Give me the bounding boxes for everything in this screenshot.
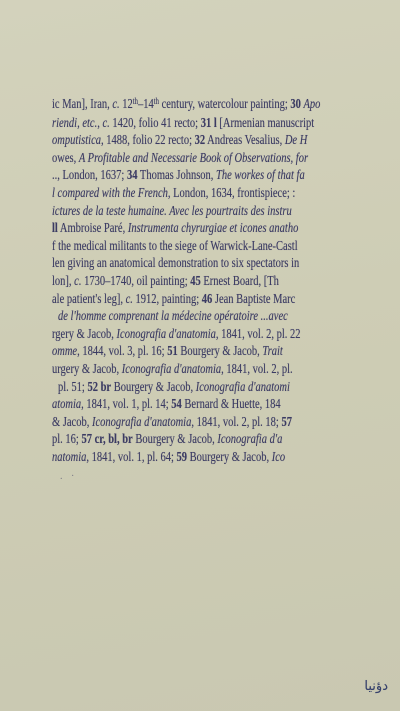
text-segment: Ico [272, 450, 285, 465]
text-segment: l compared with the French [52, 186, 168, 201]
text-segment: 59 [177, 450, 188, 465]
text-segment: The workes of that fa [216, 168, 305, 183]
text-segment: 12 [120, 97, 133, 112]
credits-text-clip: ic Man], Iran, c. 12th–14th century, wat… [52, 96, 354, 488]
text-segment: Bourgery & Jacob, [178, 344, 263, 359]
text-segment: Iconografia d'anatomi [196, 380, 290, 395]
text-segment: 31 l [201, 116, 217, 131]
text-segment: de l'homme comprenant la médecine opérat… [58, 309, 288, 324]
text-line-20: pl. 16; 57 cr, bl, br Bourgery & Jacob, … [52, 431, 354, 449]
text-segment: len giving an anatomical demonstration t… [52, 256, 299, 271]
text-segment: f the medical militants to the siege of … [52, 239, 298, 254]
text-segment: , 1488, folio 22 recto; [101, 133, 195, 148]
text-segment: Thomas Johnson, [137, 168, 216, 183]
text-segment: , London, 1634, frontispiece; : [168, 186, 295, 201]
text-segment: rgery & Jacob, [52, 327, 117, 342]
text-segment: Bernard & Huette, 184 [182, 397, 281, 412]
text-segment: , 1841, vol. 1, pl. 64; [86, 450, 176, 465]
text-segment: & Jacob, [52, 415, 92, 430]
text-segment: 57 [281, 415, 292, 430]
text-segment: th [154, 96, 159, 106]
text-segment: lon], [52, 274, 74, 289]
text-segment: th [133, 96, 138, 106]
text-segment: natomia [52, 450, 86, 465]
text-segment: Ambroise Paré, [58, 221, 128, 236]
text-line-17: pl. 51; 52 br Bourgery & Jacob, Iconogra… [52, 379, 354, 397]
text-segment: century, watercolour painting; [159, 97, 290, 112]
text-segment: ictures de la teste humaine. Avec les po… [52, 204, 292, 219]
text-line-11: lon], c. 1730–1740, oil painting; 45 Ern… [52, 273, 354, 291]
text-segment: , 1844, vol. 3, pl. 16; [77, 344, 167, 359]
text-segment: 52 br [87, 380, 111, 395]
text-segment: , 1841, vol. 2, pl. 18; [191, 415, 281, 430]
text-segment: [Armenian manuscript [217, 116, 314, 131]
text-line-3: omputistica, 1488, folio 22 recto; 32 An… [52, 132, 354, 150]
text-segment: riendi, etc. [52, 116, 97, 131]
text-segment: pl. 51; [58, 380, 87, 395]
text-segment: omputistica [52, 133, 101, 148]
credits-text: ic Man], Iran, c. 12th–14th century, wat… [52, 96, 354, 466]
text-segment: urgery & Jacob, [52, 362, 122, 377]
cropped-text-artifact: . · [60, 471, 77, 482]
text-segment: Iconografia d'a [217, 432, 282, 447]
text-segment: A Profitable and Necessarie Book of Obse… [79, 151, 308, 166]
text-segment: Ernest Board, [Th [201, 274, 279, 289]
text-line-1: ic Man], Iran, c. 12th–14th century, wat… [52, 96, 354, 115]
text-line-18: atomia, 1841, vol. 1, pl. 14; 54 Bernard… [52, 396, 354, 414]
text-segment: 32 [195, 133, 206, 148]
text-segment: Iconografia d'anatomia [92, 415, 191, 430]
text-segment: owes, [52, 151, 79, 166]
text-line-13: de l'homme comprenant la médecine opérat… [52, 308, 354, 326]
text-segment: Jean Baptiste Marc [212, 292, 295, 307]
text-segment: c. [126, 292, 133, 307]
text-segment: 34 [127, 168, 138, 183]
text-segment: 51 [167, 344, 178, 359]
text-segment: 54 [171, 397, 182, 412]
text-segment: omme [52, 344, 77, 359]
text-line-6: l compared with the French, London, 1634… [52, 185, 354, 203]
text-line-2: riendi, etc., c. 1420, folio 41 recto; 3… [52, 115, 354, 133]
text-segment: c. [102, 116, 109, 131]
text-segment: 1420, folio 41 recto; [110, 116, 201, 131]
text-segment: 1912, painting; [133, 292, 202, 307]
text-segment: Bourgery & Jacob, [133, 432, 218, 447]
text-segment: 46 [202, 292, 213, 307]
text-line-8: ll Ambroise Paré, Instrumenta chyrurgiae… [52, 220, 354, 238]
text-line-10: len giving an anatomical demonstration t… [52, 255, 354, 273]
text-segment: Apo [303, 97, 320, 112]
text-segment: ic Man], Iran, [52, 97, 112, 112]
book-page-photo: ic Man], Iran, c. 12th–14th century, wat… [0, 0, 400, 711]
text-segment: ale patient's leg], [52, 292, 126, 307]
text-line-14: rgery & Jacob, Iconografia d'anatomia, 1… [52, 326, 354, 344]
text-line-5: .., London, 1637; 34 Thomas Johnson, The… [52, 167, 354, 185]
text-segment: Iconografia d'anatomia [117, 327, 216, 342]
text-segment: Trait [262, 344, 282, 359]
text-line-19: & Jacob, Iconografia d'anatomia, 1841, v… [52, 414, 354, 432]
text-segment: –14 [138, 97, 154, 112]
text-segment: atomia [52, 397, 81, 412]
text-segment: Instrumenta chyrurgiae et icones anatho [128, 221, 299, 236]
text-segment: , 1841, vol. 2, pl. 22 [216, 327, 301, 342]
text-segment: Andreas Vesalius, [205, 133, 285, 148]
text-line-12: ale patient's leg], c. 1912, painting; 4… [52, 291, 354, 309]
text-line-16: urgery & Jacob, Iconografia d'anatomia, … [52, 361, 354, 379]
text-segment: , 1841, vol. 1, pl. 14; [81, 397, 171, 412]
text-segment: 45 [190, 274, 201, 289]
text-line-15: omme, 1844, vol. 3, pl. 16; 51 Bourgery … [52, 343, 354, 361]
text-line-4: owes, A Profitable and Necessarie Book o… [52, 150, 354, 168]
text-segment: 57 cr, bl, br [81, 432, 132, 447]
text-line-9: f the medical militants to the siege of … [52, 238, 354, 256]
footer-arabic-label: دؤنيا [364, 679, 388, 694]
text-segment: .., London, 1637; [52, 168, 127, 183]
text-segment: Iconografia d'anatomia [122, 362, 221, 377]
text-segment: De H [285, 133, 307, 148]
text-segment: 1730–1740, oil painting; [81, 274, 190, 289]
text-segment: Bourgery & Jacob, [187, 450, 272, 465]
text-segment: , 1841, vol. 2, pl. [221, 362, 292, 377]
text-segment: Bourgery & Jacob, [111, 380, 196, 395]
text-segment: pl. 16; [52, 432, 81, 447]
text-line-21: natomia, 1841, vol. 1, pl. 64; 59 Bourge… [52, 449, 354, 467]
text-segment: 30 [290, 97, 301, 112]
text-line-7: ictures de la teste humaine. Avec les po… [52, 203, 354, 221]
